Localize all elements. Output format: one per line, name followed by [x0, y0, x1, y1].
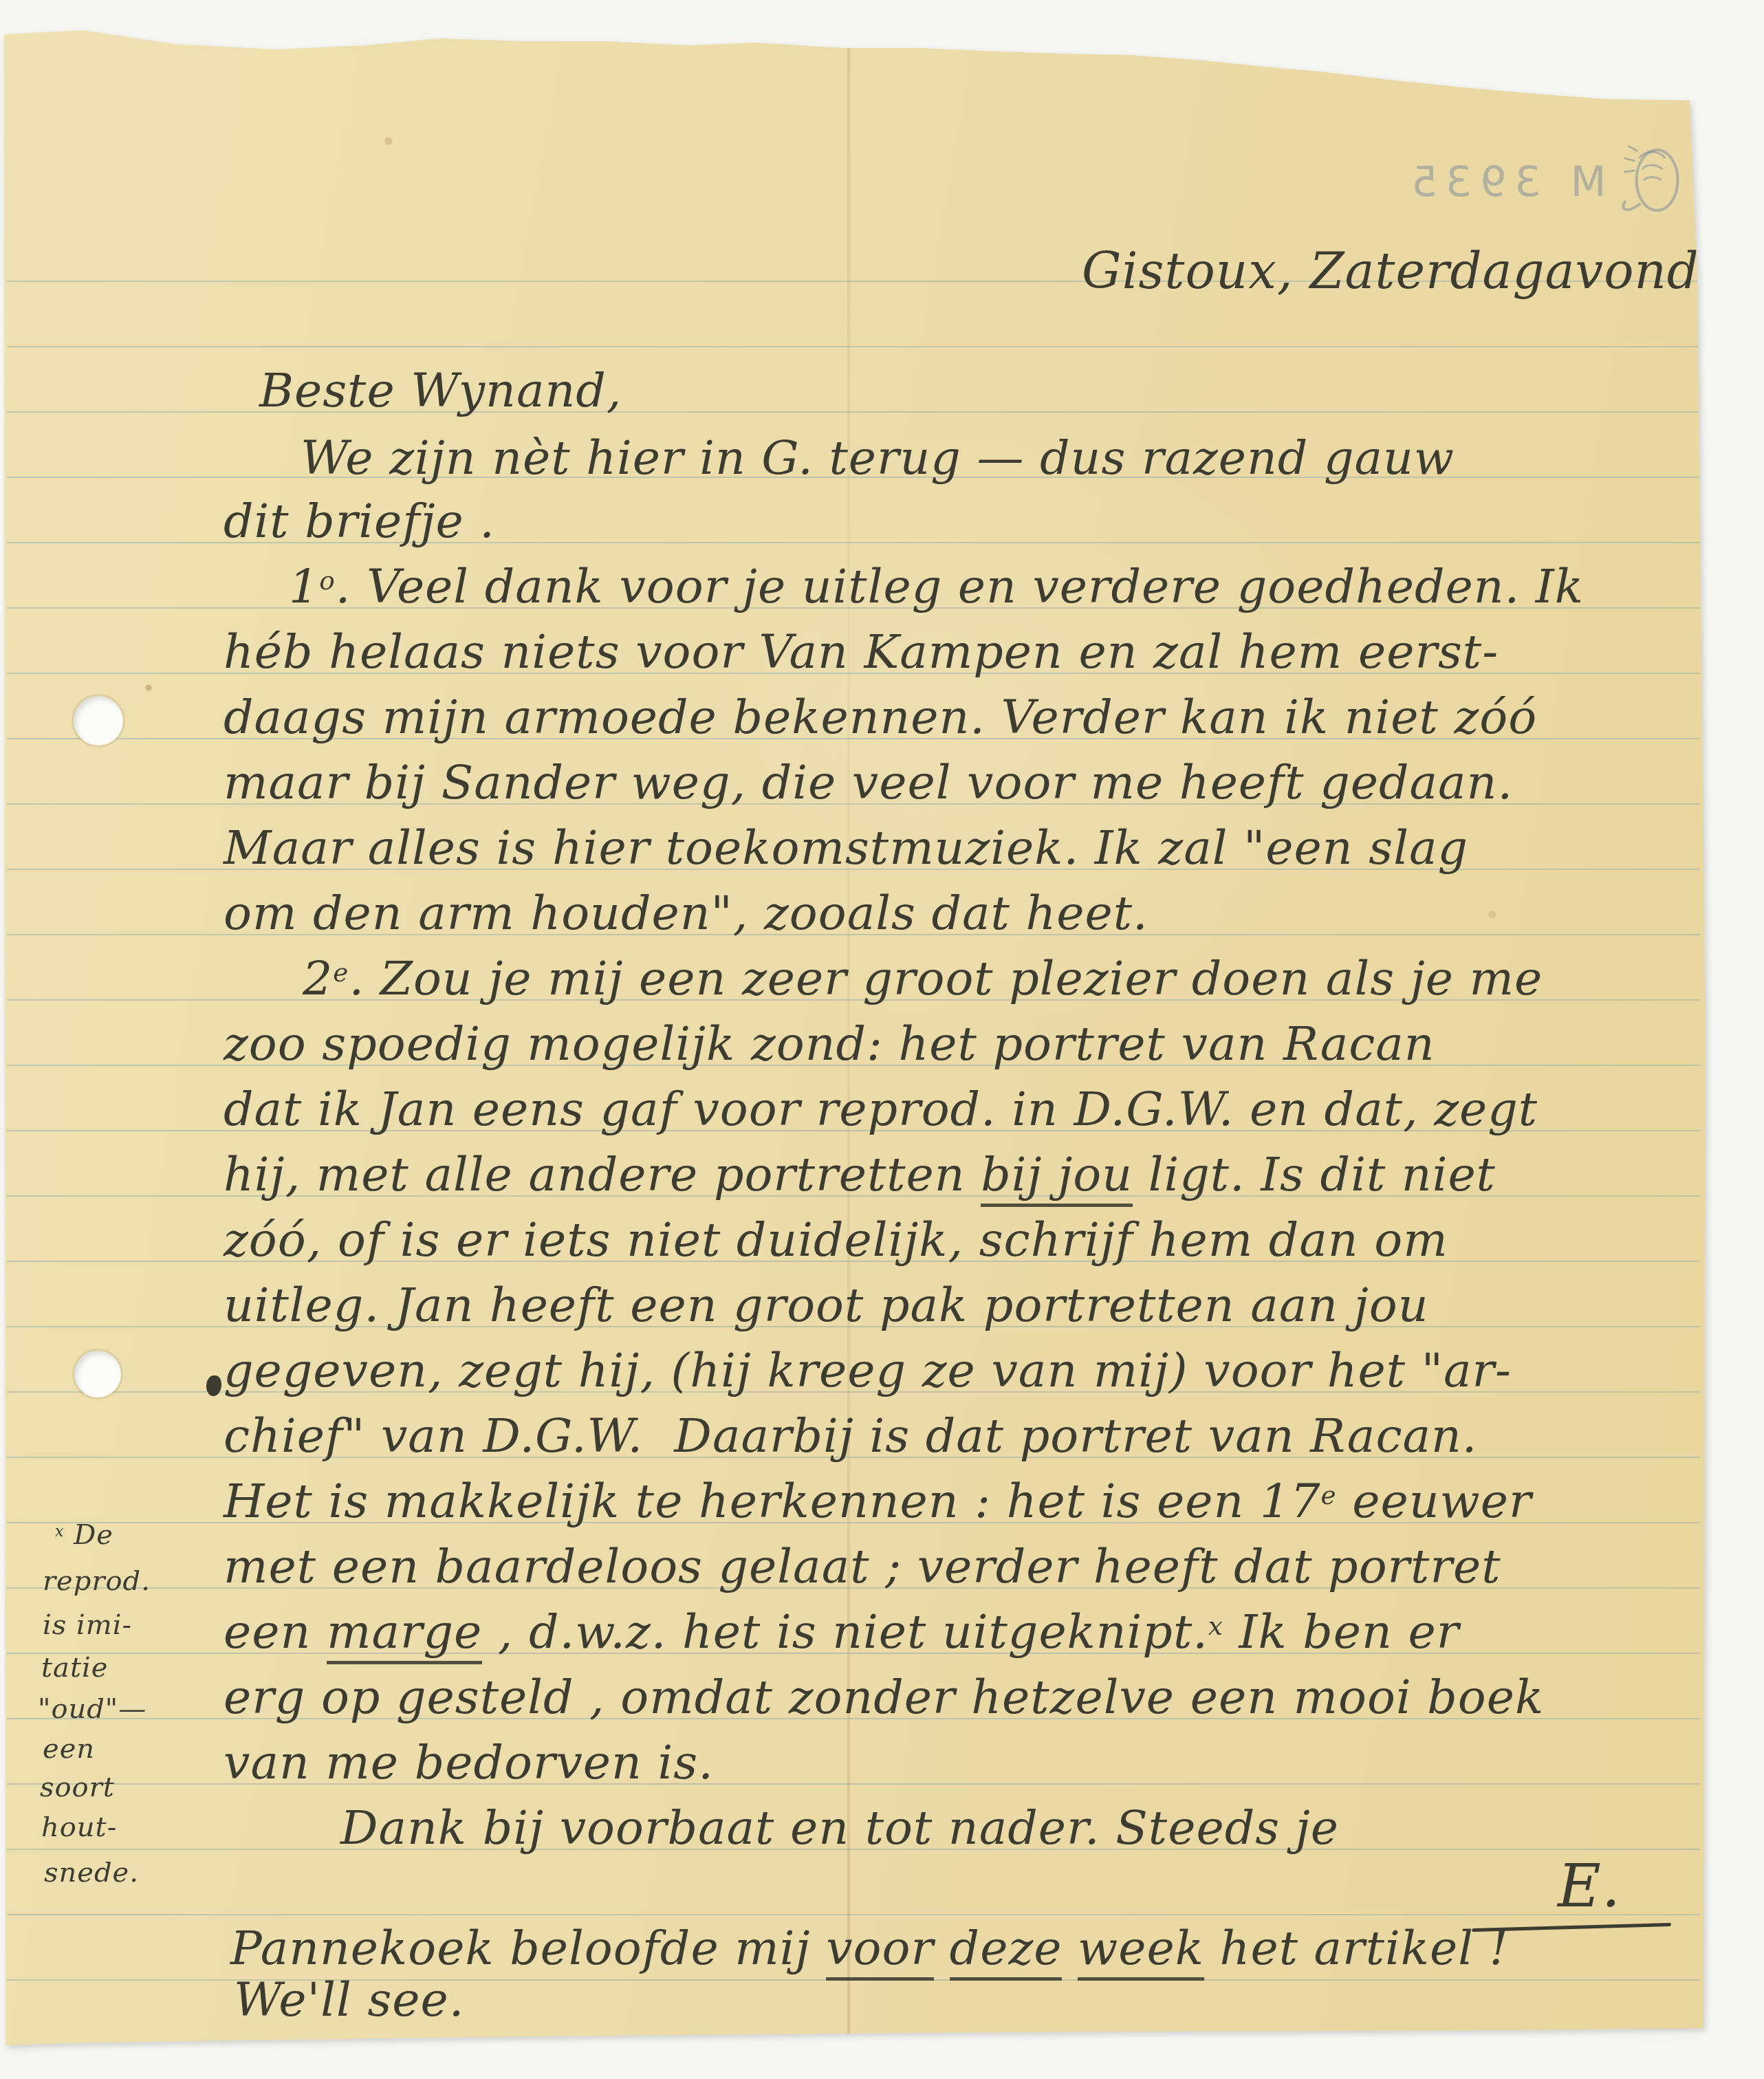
letter-line: gegeven, zegt hij, (hij kreeg ze van mij… [224, 1348, 1512, 1395]
letter-line: zóó, of is er iets niet duidelijk, schri… [224, 1217, 1448, 1264]
ink-blot [206, 1375, 221, 1396]
handwritten-text: dit briefje . [224, 494, 495, 549]
superscript-text: o [319, 565, 336, 596]
letter-line: 1o. Veel dank voor je uitleg en verdere … [289, 564, 1584, 611]
handwritten-text: Beste Wynand, [259, 364, 622, 418]
handwritten-text: We'll see. [234, 1973, 464, 2027]
letter-line: Beste Wynand, [259, 368, 622, 415]
margin-note-line: is imi- [43, 1611, 132, 1639]
handwritten-text: hout- [41, 1811, 117, 1843]
underlined-text: week [1078, 1922, 1204, 1981]
letter-line: daags mijn armoede bekennen. Verder kan … [224, 695, 1537, 741]
handwritten-text: . Zou je mij een zeer groot plezier doen… [349, 952, 1543, 1006]
handwritten-text: ligt. Is dit niet [1133, 1148, 1496, 1202]
handwritten-text: het artikel ! [1204, 1922, 1509, 1976]
handwritten-text: chief" van D.G.W. Daarbij is dat portret… [224, 1409, 1477, 1463]
handwritten-text: een [224, 1605, 327, 1659]
letter-line: erg op gesteld , omdat zonder hetzelve e… [224, 1675, 1544, 1721]
letter-line: hij, met alle andere portretten bij jou … [224, 1152, 1496, 1199]
letter-line: chief" van D.G.W. Daarbij is dat portret… [224, 1413, 1477, 1460]
handwritten-text: We zijn nèt hier in G. terug — dus razen… [301, 431, 1455, 486]
letter-line: Maar alles is hier toekomstmuziek. Ik za… [224, 825, 1468, 872]
archive-stamp: M 3935 [1403, 138, 1686, 227]
signature-initial: E. [1558, 1857, 1621, 1916]
handwritten-text: van me bedorven is. [224, 1736, 714, 1790]
margin-note-line: tatie [41, 1654, 108, 1681]
underlined-text: bij jou [981, 1148, 1133, 1207]
letter-line: Het is makkelijk te herkennen : het is e… [224, 1479, 1532, 1525]
handwritten-text: erg op gesteld , omdat zonder hetzelve e… [224, 1670, 1544, 1725]
letter-line: uitleg. Jan heeft een groot pak portrett… [224, 1283, 1429, 1329]
margin-note-line: hout- [41, 1814, 117, 1841]
punch-hole [74, 696, 123, 745]
letter-line: van me bedorven is. [224, 1740, 714, 1787]
letter-line: Dank bij voorbaat en tot nader. Steeds j… [340, 1805, 1339, 1852]
margin-note-line: soort [40, 1774, 115, 1801]
handwritten-text: eeuwer [1337, 1474, 1532, 1529]
letter-line: 2e. Zou je mij een zeer groot plezier do… [303, 956, 1543, 1003]
margin-note-line: "oud"— [38, 1695, 146, 1723]
superscript-text: x [55, 1523, 64, 1541]
margin-note-line: een [43, 1735, 95, 1763]
handwritten-text: gegeven, zegt hij, (hij kreeg ze van mij… [224, 1344, 1512, 1398]
handwritten-text: met een baardeloos gelaat ; verder heeft… [224, 1540, 1501, 1594]
letter-line: dat ik Jan eens gaf voor reprod. in D.G.… [224, 1087, 1538, 1133]
rule-line [7, 1914, 1700, 1915]
rule-line [7, 346, 1700, 347]
handwritten-text: Pannekoek beloofde mij [230, 1922, 826, 1976]
letter-line: Pannekoek beloofde mij voor deze week he… [230, 1926, 1509, 1972]
handwritten-text: zóó, of is er iets niet duidelijk, schri… [224, 1213, 1448, 1267]
handwritten-text: daags mijn armoede bekennen. Verder kan … [224, 690, 1537, 745]
letter-line: zoo spoedig mogelijk zond: het portret v… [224, 1021, 1435, 1068]
handwritten-text: "oud"— [38, 1693, 146, 1725]
paper-shadow-wrap: M 3935 Gistoux, Zaterdagavond. E. Beste … [0, 0, 1764, 2079]
handwritten-text: 1 [289, 560, 319, 614]
handwritten-text: snede. [44, 1857, 139, 1888]
letter-dateline: Gistoux, Zaterdagavond. [1082, 246, 1716, 296]
handwritten-text: een [43, 1733, 95, 1765]
handwritten-text [1062, 1922, 1078, 1976]
superscript-text: e [1320, 1480, 1336, 1510]
letter-paper: M 3935 Gistoux, Zaterdagavond. E. Beste … [0, 0, 1764, 2079]
handwritten-text: maar bij Sander weg, die veel voor me he… [224, 756, 1513, 810]
handwritten-text [934, 1922, 950, 1976]
handwritten-text: Maar alles is hier toekomstmuziek. Ik za… [224, 821, 1468, 875]
stamp-number: M 3935 [1403, 158, 1607, 206]
handwritten-text: héb helaas niets voor Van Kampen en zal … [224, 625, 1499, 679]
letter-line: met een baardeloos gelaat ; verder heeft… [224, 1544, 1501, 1591]
punch-hole [74, 1351, 121, 1397]
letter-line: dit briefje . [224, 499, 495, 545]
letter-line: héb helaas niets voor Van Kampen en zal … [224, 629, 1499, 676]
scanned-letter: M 3935 Gistoux, Zaterdagavond. E. Beste … [0, 0, 1764, 2079]
handwritten-text: , d.w.z. het is niet uitgeknipt. [482, 1605, 1208, 1659]
stamp-crest-icon [1618, 138, 1686, 227]
margin-note-line: x De [55, 1521, 113, 1549]
margin-note-line: reprod. [43, 1567, 151, 1595]
handwritten-text: reprod. [43, 1565, 151, 1597]
handwritten-text: . Veel dank voor je uitleg en verdere go… [336, 560, 1584, 614]
handwritten-text: dat ik Jan eens gaf voor reprod. in D.G.… [224, 1082, 1538, 1137]
handwritten-text: De [64, 1519, 113, 1551]
handwritten-text: 2 [303, 952, 333, 1006]
letter-line: maar bij Sander weg, die veel voor me he… [224, 760, 1513, 807]
superscript-text: x [1208, 1611, 1223, 1641]
handwritten-text: Dank bij voorbaat en tot nader. Steeds j… [340, 1801, 1339, 1855]
underlined-text: marge [327, 1605, 482, 1664]
handwritten-text: soort [40, 1772, 115, 1803]
letter-line: een marge , d.w.z. het is niet uitgeknip… [224, 1609, 1459, 1656]
handwritten-text: is imi- [43, 1609, 132, 1641]
handwritten-text: uitleg. Jan heeft een groot pak portrett… [224, 1278, 1429, 1333]
underlined-text: deze [950, 1922, 1063, 1981]
margin-note-line: snede. [44, 1859, 139, 1886]
underlined-text: voor [826, 1922, 934, 1981]
letter-line: We zijn nèt hier in G. terug — dus razen… [301, 435, 1455, 482]
superscript-text: e [333, 957, 349, 988]
letter-line: We'll see. [234, 1977, 464, 2024]
handwritten-text: hij, met alle andere portretten [224, 1148, 981, 1202]
handwritten-text: tatie [41, 1652, 108, 1684]
letter-line: om den arm houden", zooals dat heet. [224, 891, 1148, 937]
handwritten-text: om den arm houden", zooals dat heet. [224, 886, 1148, 941]
handwritten-text: Het is makkelijk te herkennen : het is e… [224, 1474, 1320, 1529]
handwritten-text: Ik ben er [1223, 1605, 1459, 1659]
handwritten-text: zoo spoedig mogelijk zond: het portret v… [224, 1017, 1435, 1071]
